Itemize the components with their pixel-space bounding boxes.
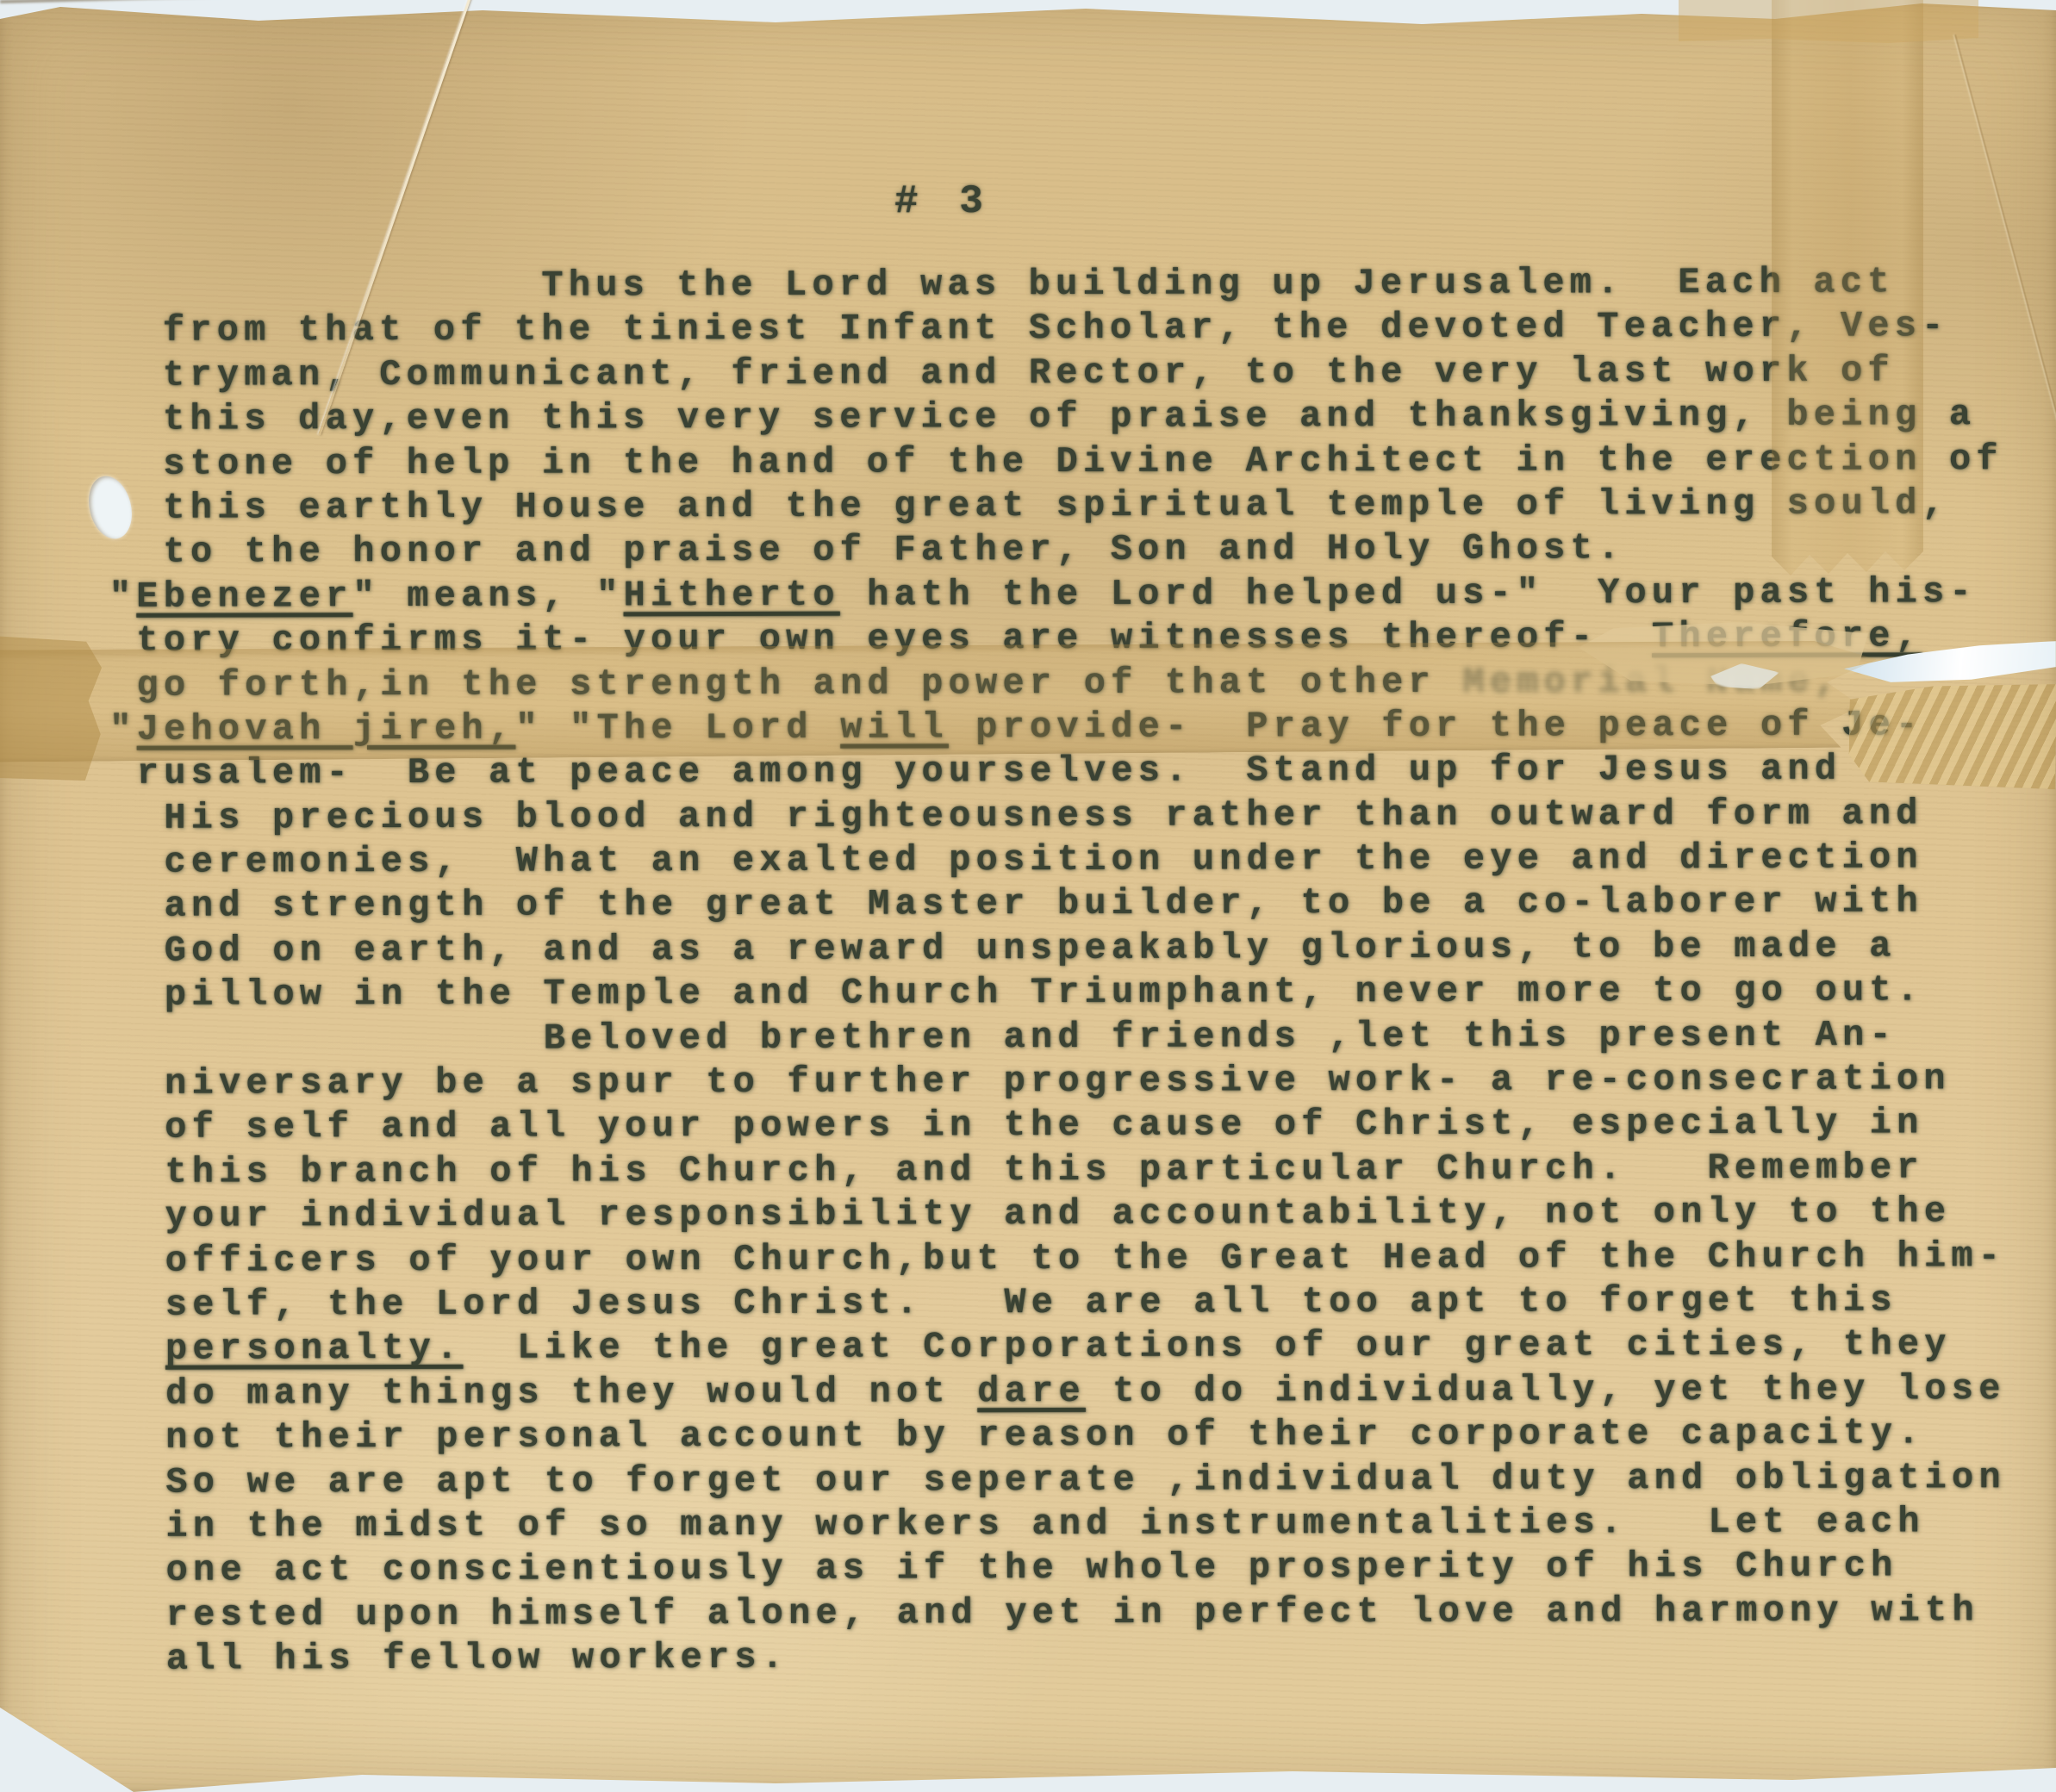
text-segment: of self and all your powers in the cause… [110,1103,1923,1149]
typewritten-line: one act conscientiously as if the whole … [112,1544,2006,1593]
typewritten-line: self, the Lord Jesus Christ. We are all … [111,1279,2005,1328]
text-segment: tryman, Communicant, friend and Rector, … [109,350,1895,395]
text-segment: God on earth, and as a reward unspeakabl… [110,925,1897,971]
typewritten-line: pillow in the Temple and Church Triumpha… [110,968,2004,1017]
text-segment: Beloved brethren and friends ,let this p… [110,1014,1897,1060]
typewritten-line: from that of the tiniest Infant Scholar,… [109,305,2003,354]
tape-strip-right-segment [1848,681,2056,789]
typewritten-line: do many things they would not dare to do… [111,1367,2005,1416]
text-segment: to do individually, yet they lose [1086,1368,2006,1412]
text-segment: from that of the tiniest Infant Scholar,… [109,306,1949,352]
text-segment: in the midst of so many workers and inst… [112,1501,1925,1547]
text-segment: ceremonies, What an exalted position und… [110,837,1923,883]
typewritten-line: His precious blood and righteousness rat… [109,792,2003,841]
text-segment: this day,even this very service of prais… [109,394,1976,440]
typewritten-line: stone of help in the hand of the Divine … [109,438,2003,487]
text-segment: this earthly House and the great spiritu… [109,482,1950,529]
text-segment: His precious blood and righteousness rat… [109,793,1922,839]
typewritten-line: your individual responsibility and accou… [111,1190,2005,1239]
text-segment: self, the Lord Jesus Christ. We are all … [111,1279,1897,1325]
text-segment: pillow in the Temple and Church Triumpha… [110,970,1923,1017]
text-segment: hath the Lord helped us-" Your past his- [840,571,1977,615]
text-segment: Like the great Corporations of our great… [463,1324,1951,1370]
typewritten-line: rested upon himself alone, and yet in pe… [112,1589,2006,1638]
text-segment: your individual responsibility and accou… [111,1191,1952,1237]
underlined-text: Ebenezer [136,576,352,618]
typewritten-line: all his fellow workers. [112,1633,2006,1682]
typewritten-line: and strength of the great Master builder… [110,880,2004,930]
page-number: # 3 [894,179,992,224]
tape-patch-left [0,636,102,781]
text-segment: and strength of the great Master builder… [110,881,1923,928]
typewritten-line: Beloved brethren and friends ,let this p… [110,1013,2004,1062]
typewritten-line: to the honor and praise of Father, Son a… [109,526,2003,575]
text-segment: this branch of his Church, and this part… [111,1147,1924,1193]
underlined-text: dare [977,1371,1086,1412]
typewritten-line: niversary be a spur to further progressi… [110,1057,2004,1106]
typewritten-line: Thus the Lord was building up Jerusalem.… [109,260,2003,309]
text-segment: officers of your own Church,but to the G… [111,1235,2005,1282]
typewritten-line: this branch of his Church, and this part… [111,1146,2005,1195]
typewritten-line: not their personal account by reason of … [111,1411,2005,1460]
text-segment: " means, " [352,575,623,617]
text-segment: niversary be a spur to further progressi… [110,1058,1951,1104]
typewritten-line: personalty. Like the great Corporations … [111,1322,2005,1372]
underlined-text: Hitherto [623,574,839,616]
text-segment: " [109,576,137,618]
typewritten-line: tryman, Communicant, friend and Rector, … [109,349,2003,398]
text-segment: do many things they would not [111,1371,977,1415]
typewritten-line: "Ebenezer" means, "Hitherto hath the Lor… [109,570,2003,619]
text-segment: one act conscientiously as if the whole … [112,1546,1898,1591]
tape-patch-top-right [1679,0,1978,43]
text-segment: to the honor and praise of Father, Son a… [109,528,1625,574]
underlined-text: personalty. [165,1328,464,1370]
typewritten-line: God on earth, and as a reward unspeakabl… [110,924,2004,974]
text-segment: not their personal account by reason of … [111,1413,1924,1459]
text-segment: So we are apt to forget our seperate ,in… [111,1457,2005,1503]
typewritten-text: Thus the Lord was building up Jerusalem.… [109,260,2007,1682]
typewritten-line: ceremonies, What an exalted position und… [110,836,2004,885]
text-segment [111,1328,165,1370]
typewritten-line: in the midst of so many workers and inst… [112,1500,2006,1549]
typewritten-line: this earthly House and the great spiritu… [109,482,2003,531]
typewritten-line: officers of your own Church,but to the G… [111,1235,2005,1284]
typewritten-line: of self and all your powers in the cause… [110,1102,2004,1151]
tape-strip-vertical-right [1772,0,1923,582]
typewritten-line: this day,even this very service of prais… [109,393,2003,442]
typewritten-line: So we are apt to forget our seperate ,in… [111,1456,2005,1505]
text-segment: rested upon himself alone, and yet in pe… [112,1590,1979,1636]
text-segment: all his fellow workers. [112,1637,788,1680]
tear-line-middle [0,0,1740,3]
tape-strip-horizontal [0,635,1877,762]
text-segment: stone of help in the hand of the Divine … [109,439,2003,485]
